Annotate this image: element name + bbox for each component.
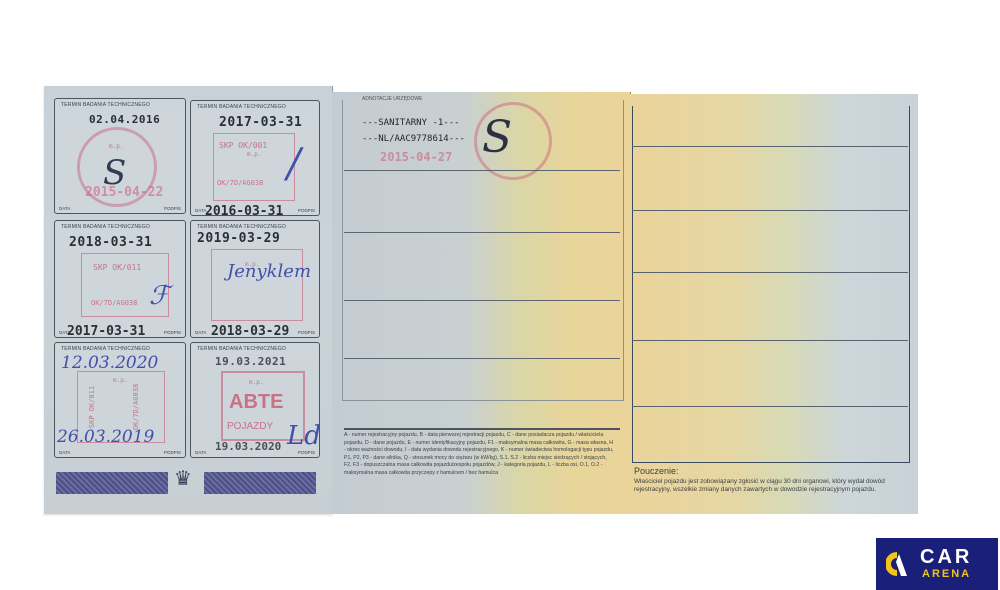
label-data: DATA xyxy=(195,330,206,335)
inspection-date: 19.03.2020 xyxy=(215,440,281,453)
stamp-mp: m.p. xyxy=(247,151,261,158)
box-header: TERMIN BADANIA TECHNICZNEGO xyxy=(197,104,286,110)
signature: S xyxy=(482,112,512,163)
next-inspection-date: 19.03.2021 xyxy=(215,355,286,368)
ruled-line xyxy=(632,210,908,211)
annotations-header: ADNOTACJE URZĘDOWE xyxy=(362,96,422,102)
box-header: TERMIN BADANIA TECHNICZNEGO xyxy=(61,102,150,108)
next-inspection-date: 2019-03-29 xyxy=(197,231,280,246)
inspection-box-4: TERMIN BADANIA TECHNICZNEGO 2019-03-29 m… xyxy=(190,220,320,338)
label-podpis: PODPIS xyxy=(164,450,181,455)
next-inspection-date: 2018-03-31 xyxy=(69,235,152,250)
next-inspection-date: 02.04.2016 xyxy=(89,113,160,126)
label-data: DATA xyxy=(59,206,70,211)
ruled-line xyxy=(632,340,908,341)
label-data: DATA xyxy=(195,450,206,455)
official-annotations-page: ADNOTACJE URZĘDOWE ---SANITARNY -1--- --… xyxy=(332,92,631,514)
label-data: DATA xyxy=(195,208,206,213)
ruled-line xyxy=(632,146,908,147)
box-header: TERMIN BADANIA TECHNICZNEGO xyxy=(61,224,150,230)
logo-text-car: CAR xyxy=(920,546,972,569)
stamp-line-1: ABTE xyxy=(229,391,283,414)
ruled-line xyxy=(632,406,908,407)
inspection-box-6: TERMIN BADANIA TECHNICZNEGO 19.03.2021 m… xyxy=(190,342,320,458)
station-stamp xyxy=(211,249,303,321)
field-legend: A - numer rejestracyjny pojazdu, B - dat… xyxy=(344,432,614,478)
logo-text-arena: ARENA xyxy=(922,568,971,580)
polish-eagle-emblem-icon: ♛ xyxy=(174,466,192,491)
instruction-title: Pouczenie: xyxy=(634,466,679,476)
annotation-stamp-date: 2015-04-27 xyxy=(380,150,452,164)
next-inspection-date: 2017-03-31 xyxy=(219,115,302,130)
stamp-line-1: SKP OK/011 xyxy=(88,386,96,428)
label-data: DATA xyxy=(59,330,70,335)
signature: Ld xyxy=(287,421,321,451)
next-inspection-date: 12.03.2020 xyxy=(61,353,158,373)
ruled-line xyxy=(344,232,620,233)
legend-rule xyxy=(344,428,620,430)
label-podpis: PODPIS xyxy=(298,208,315,213)
inspection-box-5: TERMIN BADANIA TECHNICZNEGO 12.03.2020 S… xyxy=(54,342,186,458)
stamp-line-2: OK/7D/AG038 xyxy=(132,384,140,430)
box-header: TERMIN BADANIA TECHNICZNEGO xyxy=(61,346,150,352)
signature: / xyxy=(287,141,300,187)
inspection-date: 2016-03-31 xyxy=(205,204,283,219)
stamp-line-2: OK/7D/AG038 xyxy=(217,179,263,187)
ruled-line xyxy=(632,462,908,463)
ruled-line xyxy=(344,300,620,301)
inspection-date: 2017-03-31 xyxy=(67,324,145,339)
stamp-mp: m.p. xyxy=(113,377,127,384)
security-pattern-right xyxy=(204,472,316,494)
stamp-line-2: POJAZDY xyxy=(227,421,273,432)
inspection-box-3: TERMIN BADANIA TECHNICZNEGO 2018-03-31 S… xyxy=(54,220,186,338)
box-header: TERMIN BADANIA TECHNICZNEGO xyxy=(197,346,286,352)
right-frame xyxy=(632,106,910,463)
security-pattern-left xyxy=(56,472,168,494)
stamp-date: 2015-04-22 xyxy=(85,185,163,200)
stamp-mp: m.p. xyxy=(249,379,263,386)
signature: ℱ xyxy=(149,281,169,311)
annotation-line-2: ---NL/AAC9778614--- xyxy=(362,134,465,144)
label-podpis: PODPIS xyxy=(298,450,315,455)
inspection-stamps-page: TERMIN BADANIA TECHNICZNEGO 02.04.2016 m… xyxy=(44,86,333,514)
car-arena-logo-icon xyxy=(886,550,908,578)
box-header: TERMIN BADANIA TECHNICZNEGO xyxy=(197,224,286,230)
label-podpis: PODPIS xyxy=(298,330,315,335)
stamp-mp: m.p. xyxy=(109,143,123,150)
car-arena-logo: CAR ARENA xyxy=(876,538,998,590)
ruled-line xyxy=(344,358,620,359)
inspection-date: 2018-03-29 xyxy=(211,324,289,339)
stamp-line-1: SKP OK/011 xyxy=(93,263,141,272)
label-podpis: PODPIS xyxy=(164,330,181,335)
inspection-date: 26.03.2019 xyxy=(57,427,154,447)
stamp-line-1: SKP OK/001 xyxy=(219,141,267,150)
inspection-box-1: TERMIN BADANIA TECHNICZNEGO 02.04.2016 m… xyxy=(54,98,186,214)
annotation-line-1: ---SANITARNY -1--- xyxy=(362,118,460,128)
ruled-line xyxy=(632,272,908,273)
instruction-text: Właściciel pojazdu jest zobowiązany zgło… xyxy=(634,478,904,494)
signature: Jenyklem xyxy=(227,261,311,282)
inspection-box-2: TERMIN BADANIA TECHNICZNEGO 2017-03-31 S… xyxy=(190,100,320,216)
label-podpis: PODPIS xyxy=(164,206,181,211)
label-data: DATA xyxy=(59,450,70,455)
instructions-page: Pouczenie: Właściciel pojazdu jest zobow… xyxy=(628,94,918,514)
stamp-line-2: OK/7D/AG038 xyxy=(91,299,137,307)
ruled-line xyxy=(344,170,620,171)
